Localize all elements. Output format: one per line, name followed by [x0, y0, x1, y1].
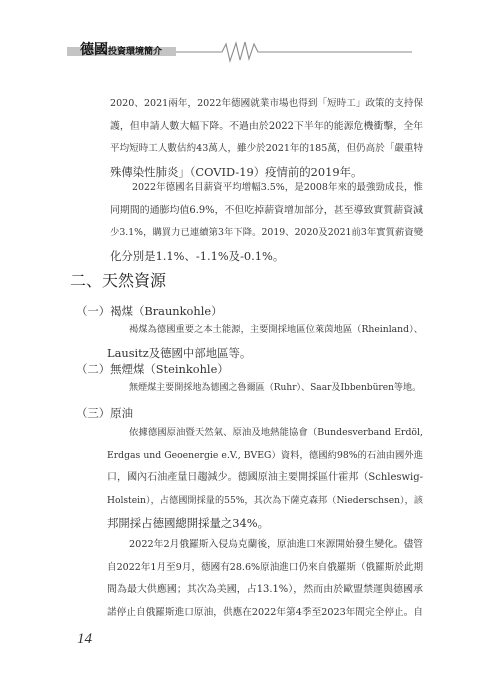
paragraph-hard-coal: 無煙煤主要開採地為德國之魯爾區（Ruhr）、Saar及Ibbenbüren等地。	[107, 377, 423, 400]
paragraph-lignite: 褐煤為德國重要之本土能源，主要開採地區位萊茵地區（Rheinland）、 Lau…	[107, 319, 423, 364]
text-line: 少3.1%，購買力已連續第3年下降。2019、2020及2021前3年實質薪資變	[110, 222, 423, 245]
paragraph-wages: 2022年德國名目薪資平均增幅3.5%，是2008年來的最強勁成長，惟 同期間的…	[110, 177, 423, 267]
section-heading-natural-resources: 二、天然資源	[70, 268, 166, 291]
text-line: Erdgas und Geoenergie e.V., BVEG）資料，德國約9…	[107, 445, 423, 468]
text-line: 自2022年1月至9月，德國有28.6%原油進口仍來自俄羅斯（俄羅斯於此期	[107, 557, 423, 580]
text-line: 同期間的通膨均值6.9%，不但吃掉薪資增加部分，甚至導致實質薪資減	[110, 200, 423, 223]
header-zigzag-line	[0, 0, 480, 80]
header-title-small: 投資環境簡介	[108, 47, 162, 57]
text-line: 間為最大供應國；其次為美國，占13.1%），然而由於歐盟禁運與德國承	[107, 579, 423, 602]
text-line: 護，但申請人數大幅下降。不過由於2022下半年的能源危機衝擊，全年	[110, 116, 423, 139]
text-line: 平均短時工人數估約43萬人，雖少於2021年的185萬，但仍高於「嚴重特	[110, 138, 423, 161]
subsection-heading-hard-coal: （二）無煙煤（Steinkohle）	[76, 361, 229, 377]
text-line: Holstein），占德國開採量的55%，其次為下薩克森邦（Niederschs…	[107, 490, 423, 513]
text-line: 口，國內石油產量日趨減少。德國原油主要開採區什霍邦（Schleswig-	[107, 467, 423, 490]
text-line: 2020、2021兩年，2022年德國就業市場也得到「短時工」政策的支持保	[110, 93, 423, 116]
paragraph-oil-imports: 2022年2月俄羅斯入侵烏克蘭後，原油進口來源開始發生變化。儘管 自2022年1…	[107, 534, 423, 624]
text-line: 褐煤為德國重要之本土能源，主要開採地區位萊茵地區（Rheinland）、	[107, 319, 423, 342]
text-line: 依據德國原油暨天然氣、原油及地熱能協會（Bundesverband Erdöl,	[107, 422, 423, 445]
subsection-heading-lignite: （一）褐煤（Braunkohle）	[76, 303, 223, 319]
text-line: 諾停止自俄羅斯進口原油，供應在2022年第4季至2023年間完全停止。自	[107, 602, 423, 625]
text-line: 2022年德國名目薪資平均增幅3.5%，是2008年來的最強勁成長，惟	[110, 177, 423, 200]
text-line: 化分別是1.1%、-1.1%及-0.1%。	[110, 245, 423, 268]
page-number: 14	[77, 631, 92, 648]
paragraph-short-time-work: 2020、2021兩年，2022年德國就業市場也得到「短時工」政策的支持保 護，…	[110, 93, 423, 183]
text-line: 無煙煤主要開採地為德國之魯爾區（Ruhr）、Saar及Ibbenbüren等地。	[107, 377, 423, 400]
header-title-big: 德國	[80, 42, 108, 58]
running-header-title: 德國投資環境簡介	[80, 39, 162, 59]
subsection-heading-crude-oil: （三）原油	[76, 405, 133, 421]
paragraph-crude-oil: 依據德國原油暨天然氣、原油及地熱能協會（Bundesverband Erdöl,…	[107, 422, 423, 535]
text-line: 邦開採占德國總開採量之34%。	[107, 512, 423, 535]
text-line: 2022年2月俄羅斯入侵烏克蘭後，原油進口來源開始發生變化。儘管	[107, 534, 423, 557]
